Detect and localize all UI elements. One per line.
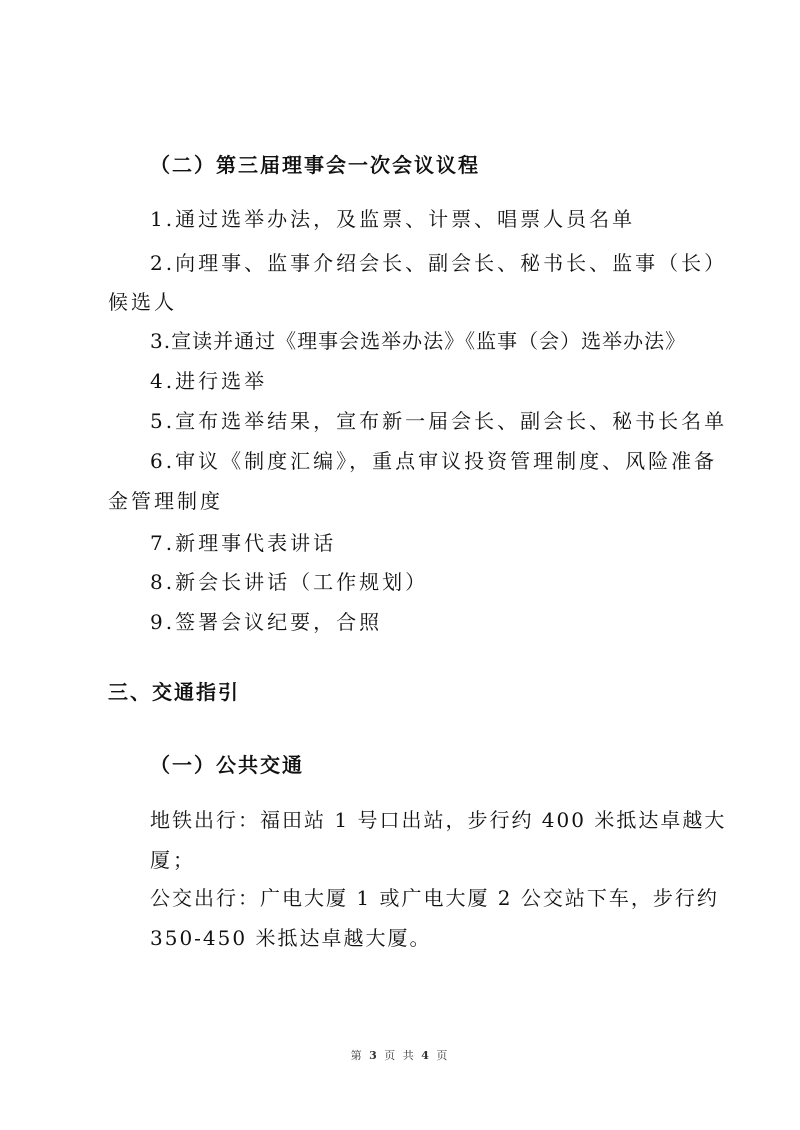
traffic-heading: 三、交通指引 [108, 680, 240, 704]
agenda-item-7: 7.新理事代表讲话 [150, 531, 336, 555]
agenda-item-2: 2.向理事、监事介绍会长、副会长、秘书长、监事（长） [150, 251, 727, 275]
current-page-number: 3 [369, 1049, 379, 1062]
agenda-item-8: 8.新会长讲话（工作规划） [150, 570, 428, 594]
agenda-item-2-continuation: 候选人 [108, 290, 177, 314]
agenda-item-3: 3.宣读并通过《理事会选举办法》《监事（会）选举办法》 [150, 329, 686, 353]
page-footer: 第 3 页 共 4 页 [0, 1047, 800, 1063]
bus-directions: 公交出行：广电大厦 1 或广电大厦 2 公交站下车，步行约 [150, 886, 719, 910]
public-transport-heading: （一）公共交通 [150, 753, 304, 777]
metro-directions: 地铁出行：福田站 1 号口出站，步行约 400 米抵达卓越大 [150, 808, 726, 832]
footer-prefix: 第 [351, 1049, 364, 1062]
footer-middle: 页 共 [384, 1049, 416, 1062]
agenda-heading: （二）第三届理事会一次会议议程 [150, 153, 480, 177]
agenda-item-4: 4.进行选举 [150, 369, 267, 393]
bus-directions-continuation: 350-450 米抵达卓越大厦。 [150, 926, 431, 950]
agenda-item-5: 5.宣布选举结果，宣布新一届会长、副会长、秘书长名单 [150, 409, 727, 433]
metro-directions-continuation: 厦； [150, 848, 196, 872]
agenda-item-6-continuation: 金管理制度 [108, 489, 223, 513]
agenda-item-9: 9.签署会议纪要，合照 [150, 610, 382, 634]
agenda-item-1: 1.通过选举办法，及监票、计票、唱票人员名单 [150, 207, 635, 231]
footer-suffix: 页 [436, 1049, 449, 1062]
agenda-item-6: 6.审议《制度汇编》，重点审议投资管理制度、风险准备 [150, 449, 717, 473]
total-page-count: 4 [421, 1049, 431, 1062]
